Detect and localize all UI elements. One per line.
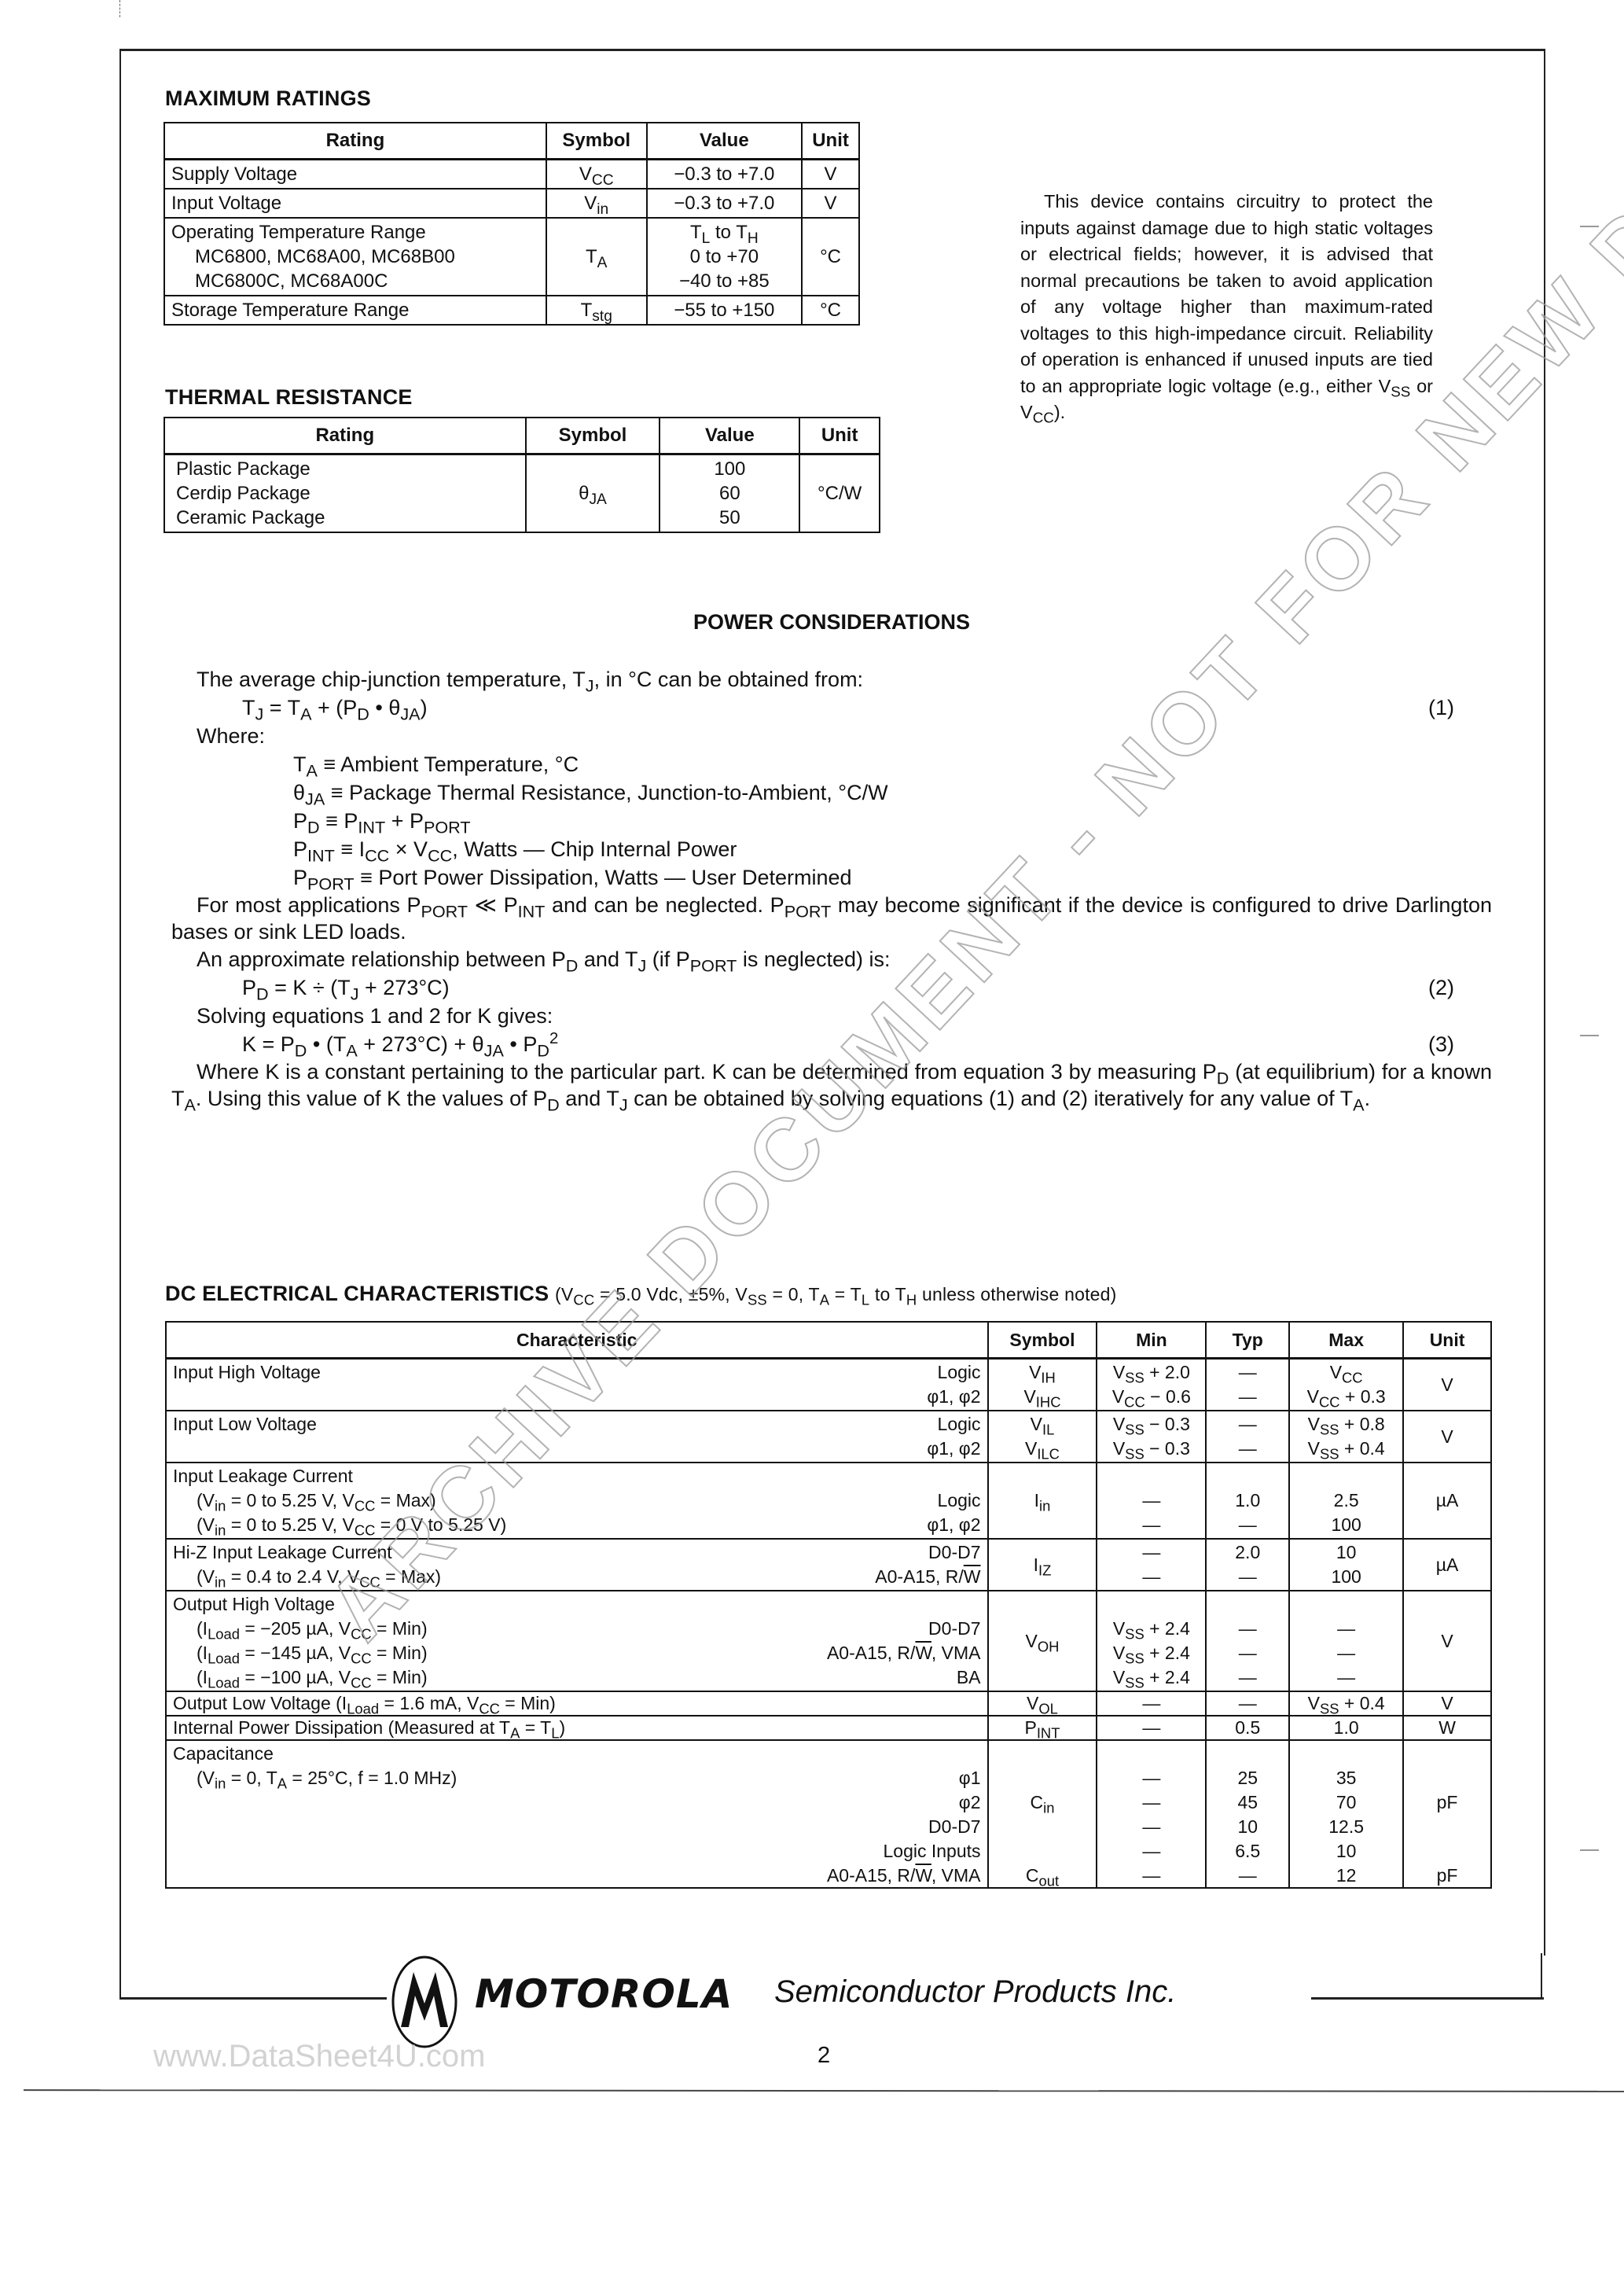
definition-ta: TA ≡ Ambient Temperature, °C — [171, 750, 1492, 778]
symbol-cell: Tstg — [546, 296, 647, 325]
page-number: 2 — [818, 2043, 830, 2069]
table-row: Output Low Voltage (ILoad = 1.6 mA, VCC … — [166, 1691, 1491, 1716]
min-cell: — — [1097, 1864, 1206, 1888]
col-unit: Unit — [802, 123, 859, 160]
footer-rule-left — [119, 1997, 387, 2000]
margin-mark — [1580, 1035, 1599, 1036]
power-paragraph-1: For most applications PPORT ≪ PINT and c… — [171, 892, 1492, 945]
max-cell: VSS + 0.8VSS + 0.4 — [1289, 1411, 1403, 1463]
max-cell: 1.0 — [1289, 1716, 1403, 1740]
value-cell: TL to TH0 to +70−40 to +85 — [647, 218, 802, 296]
unit-cell: V — [802, 189, 859, 218]
esd-handling-note: This device contains circuitry to protec… — [1020, 189, 1433, 426]
dc-title-text: DC ELECTRICAL CHARACTERISTICS — [165, 1282, 549, 1305]
characteristic-cell: A0-A15, R/W, VMA — [166, 1864, 988, 1888]
scan-edge-line — [24, 2089, 1624, 2092]
unit-cell: °C — [802, 218, 859, 296]
unit-cell: W — [1403, 1716, 1491, 1740]
rating-cell: Input Voltage — [164, 189, 546, 218]
package-name: Cerdip Package — [176, 481, 519, 506]
package-name: Plastic Package — [176, 457, 519, 481]
typ-cell: — — [1206, 1864, 1289, 1888]
col-max: Max — [1289, 1322, 1403, 1359]
table-row: Operating Temperature RangeMC6800, MC68A… — [164, 218, 859, 296]
typ-cell: 1.0— — [1206, 1463, 1289, 1539]
margin-tick — [119, 0, 120, 17]
footer-brand: MOTOROLA — [475, 1971, 733, 2017]
min-cell: —— — [1097, 1463, 1206, 1539]
power-paragraph-2: An approximate relationship between PD a… — [171, 945, 1492, 973]
col-unit: Unit — [799, 418, 880, 454]
power-considerations-title: POWER CONSIDERATIONS — [0, 610, 1624, 635]
symbol-cell: VCC — [546, 160, 647, 189]
typ-cell: 0.5 — [1206, 1716, 1289, 1740]
col-value: Value — [660, 418, 799, 454]
rating-cell: Operating Temperature RangeMC6800, MC68A… — [164, 218, 546, 296]
rating-cell: Storage Temperature Range — [164, 296, 546, 325]
max-cell: VCCVCC + 0.3 — [1289, 1359, 1403, 1411]
symbol-cell: Vin — [546, 189, 647, 218]
symbol-cell: VILVILC — [988, 1411, 1097, 1463]
unit-cell: µA — [1403, 1539, 1491, 1591]
min-cell: VSS + 2.0VCC − 0.6 — [1097, 1359, 1206, 1411]
min-cell: — — [1097, 1716, 1206, 1740]
unit-cell: V — [1403, 1691, 1491, 1716]
table-row: Capacitance(Vin = 0, TA = 25°C, f = 1.0 … — [166, 1740, 1491, 1864]
footer-rule-right — [1311, 1997, 1544, 2000]
package-list: Plastic Package Cerdip Package Ceramic P… — [164, 454, 526, 533]
thermal-symbol: θJA — [526, 454, 660, 533]
value-cell: −0.3 to +7.0 — [647, 160, 802, 189]
min-cell: VSS + 2.4VSS + 2.4VSS + 2.4 — [1097, 1591, 1206, 1691]
table-row: A0-A15, R/W, VMACout——12pF — [166, 1864, 1491, 1888]
col-symbol: Symbol — [546, 123, 647, 160]
symbol-cell: TA — [546, 218, 647, 296]
thermal-unit: °C/W — [799, 454, 880, 533]
esd-note-text: This device contains circuitry to protec… — [1020, 189, 1433, 426]
col-rating: Rating — [164, 123, 546, 160]
equation-2: PD = K ÷ (TJ + 273°C)(2) — [171, 973, 1492, 1002]
table-row: Input Voltage Vin −0.3 to +7.0 V — [164, 189, 859, 218]
unit-cell: °C — [802, 296, 859, 325]
table-row: Storage Temperature Range Tstg −55 to +1… — [164, 296, 859, 325]
definition-pd: PD ≡ PINT + PPORT — [171, 807, 1492, 835]
characteristic-cell: Internal Power Dissipation (Measured at … — [166, 1716, 988, 1740]
max-ratings-table: Rating Symbol Value Unit Supply Voltage … — [164, 122, 860, 326]
max-cell: 10100 — [1289, 1539, 1403, 1591]
min-cell: —— — [1097, 1539, 1206, 1591]
unit-cell: V — [1403, 1591, 1491, 1691]
unit-cell: V — [1403, 1359, 1491, 1411]
characteristic-cell: Output High Voltage(ILoad = −205 µA, VCC… — [166, 1591, 988, 1691]
typ-cell: — — [1206, 1691, 1289, 1716]
thermal-table: Rating Symbol Value Unit Plastic Package… — [164, 417, 880, 533]
symbol-cell: Iin — [988, 1463, 1097, 1539]
unit-cell: V — [1403, 1411, 1491, 1463]
typ-cell: ——— — [1206, 1591, 1289, 1691]
min-cell: VSS − 0.3VSS − 0.3 — [1097, 1411, 1206, 1463]
table-row: Internal Power Dissipation (Measured at … — [166, 1716, 1491, 1740]
max-ratings-rows: Supply Voltage VCC −0.3 to +7.0 VInput V… — [164, 160, 859, 326]
max-cell: ——— — [1289, 1591, 1403, 1691]
characteristic-cell: Hi-Z Input Leakage Current(Vin = 0.4 to … — [166, 1539, 988, 1591]
col-min: Min — [1097, 1322, 1206, 1359]
typ-cell: 2.0— — [1206, 1539, 1289, 1591]
col-unit: Unit — [1403, 1322, 1491, 1359]
unit-cell: V — [802, 160, 859, 189]
col-symbol: Symbol — [526, 418, 660, 454]
page-frame-right-lower — [1541, 1953, 1542, 1999]
unit-cell: pF — [1403, 1740, 1491, 1864]
thermal-values: 100 60 50 — [660, 454, 799, 533]
table-row: Input Low VoltageLogicφ1, φ2VILVILCVSS −… — [166, 1411, 1491, 1463]
definition-theta-ja: θJA ≡ Package Thermal Resistance, Juncti… — [171, 778, 1492, 807]
max-cell: VSS + 0.4 — [1289, 1691, 1403, 1716]
page-frame-left-lower — [119, 1953, 121, 1999]
symbol-cell: VIHVIHC — [988, 1359, 1097, 1411]
motorola-logo-icon — [390, 1955, 459, 2049]
characteristic-cell: Input Leakage Current(Vin = 0 to 5.25 V,… — [166, 1463, 988, 1539]
col-typ: Typ — [1206, 1322, 1289, 1359]
definition-pint: PINT ≡ ICC × VCC, Watts — Chip Internal … — [171, 835, 1492, 863]
value-cell: −0.3 to +7.0 — [647, 189, 802, 218]
typ-cell: 2545106.5 — [1206, 1740, 1289, 1864]
symbol-cell: Cin — [988, 1740, 1097, 1864]
typ-cell: —— — [1206, 1411, 1289, 1463]
thermal-title: THERMAL RESISTANCE — [165, 385, 413, 410]
margin-mark — [1580, 1849, 1599, 1851]
definition-pport: PPORT ≡ Port Power Dissipation, Watts — … — [171, 863, 1492, 892]
symbol-cell: Cout — [988, 1864, 1097, 1888]
col-value: Value — [647, 123, 802, 160]
max-cell: 2.5100 — [1289, 1463, 1403, 1539]
symbol-cell: PINT — [988, 1716, 1097, 1740]
typ-cell: —— — [1206, 1359, 1289, 1411]
symbol-cell: IIZ — [988, 1539, 1097, 1591]
where-label: Where: — [171, 722, 1492, 750]
characteristic-cell: Output Low Voltage (ILoad = 1.6 mA, VCC … — [166, 1691, 988, 1716]
min-cell: — — [1097, 1691, 1206, 1716]
equation-1: TJ = TA + (PD • θJA)(1) — [171, 694, 1492, 722]
col-rating: Rating — [164, 418, 526, 454]
value-cell: −55 to +150 — [647, 296, 802, 325]
table-row: Supply Voltage VCC −0.3 to +7.0 V — [164, 160, 859, 189]
rating-cell: Supply Voltage — [164, 160, 546, 189]
col-symbol: Symbol — [988, 1322, 1097, 1359]
footer-subtitle: Semiconductor Products Inc. — [774, 1974, 1176, 2010]
unit-cell: µA — [1403, 1463, 1491, 1539]
unit-cell: pF — [1403, 1864, 1491, 1888]
package-name: Ceramic Package — [176, 506, 519, 530]
min-cell: ———— — [1097, 1740, 1206, 1864]
symbol-cell: VOH — [988, 1591, 1097, 1691]
characteristic-cell: Capacitance(Vin = 0, TA = 25°C, f = 1.0 … — [166, 1740, 988, 1864]
max-cell: 357012.510 — [1289, 1740, 1403, 1864]
max-cell: 12 — [1289, 1864, 1403, 1888]
table-row: Input High VoltageLogicφ1, φ2VIHVIHCVSS … — [166, 1359, 1491, 1411]
site-watermark: www.DataSheet4U.com — [153, 2039, 485, 2074]
symbol-cell: VOL — [988, 1691, 1097, 1716]
max-ratings-title: MAXIMUM RATINGS — [165, 86, 371, 111]
